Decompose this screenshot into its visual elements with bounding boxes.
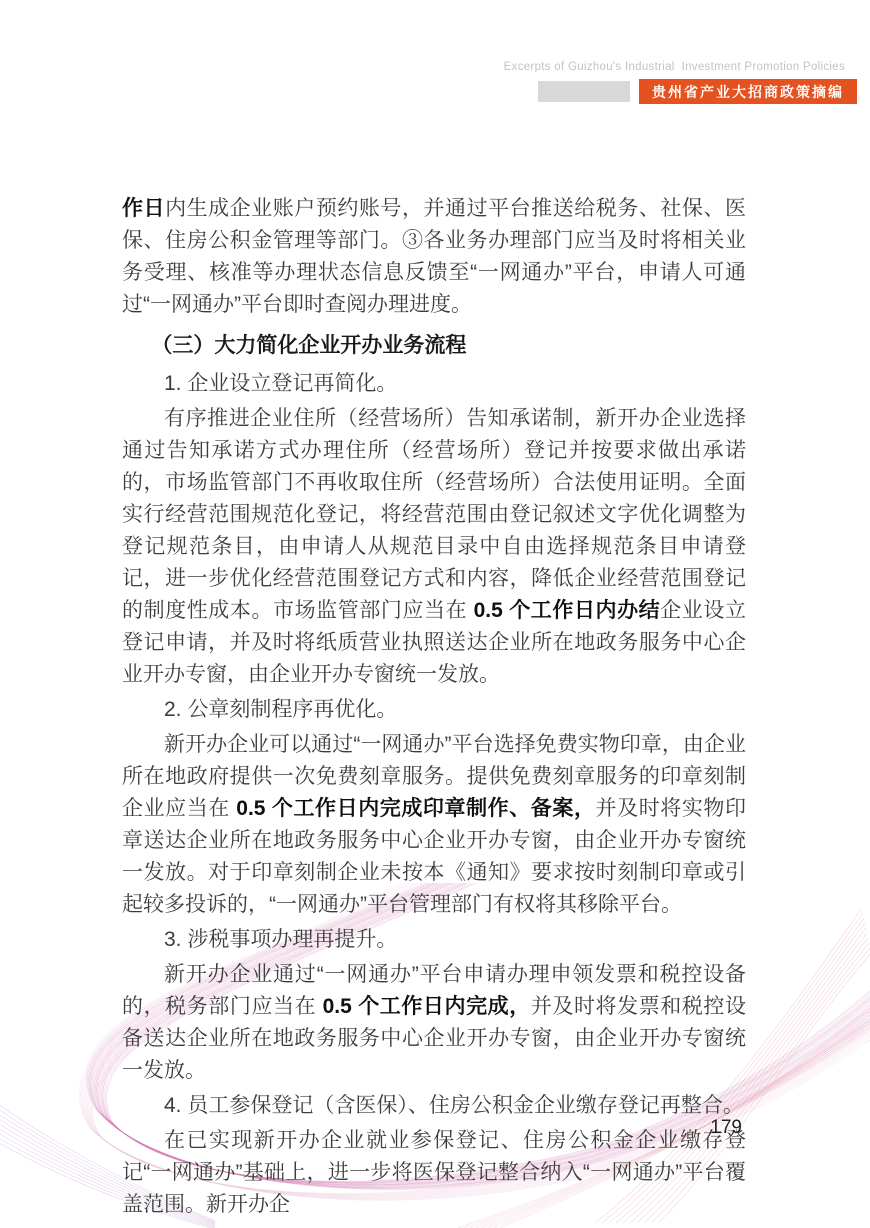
- section-heading: （三）大力简化企业开办业务流程: [122, 330, 746, 362]
- header-english-title: Excerpts of Guizhou's Industrial Investm…: [504, 61, 845, 73]
- paragraph: 1. 企业设立登记再简化。: [122, 368, 746, 400]
- paragraph: 新开办企业可以通过“一网通办”平台选择免费实物印章，由企业所在地政府提供一次免费…: [122, 729, 746, 921]
- paragraph: 在已实现新开办企业就业参保登记、住房公积金企业缴存登记“一网通办”基础上，进一步…: [122, 1125, 746, 1221]
- header-gray-block: [538, 81, 630, 102]
- page: Excerpts of Guizhou's Industrial Investm…: [0, 0, 870, 1228]
- header-chinese-title-banner: 贵州省产业大招商政策摘编: [639, 79, 857, 104]
- document-content: 作日内生成企业账户预约账号，并通过平台推送给税务、社保、医保、住房公积金管理等部…: [122, 193, 746, 1224]
- paragraph: 2. 公章刻制程序再优化。: [122, 694, 746, 726]
- paragraph: 3. 涉税事项办理再提升。: [122, 924, 746, 956]
- paragraph: 有序推进企业住所（经营场所）告知承诺制，新开办企业选择通过告知承诺方式办理住所（…: [122, 403, 746, 691]
- paragraph: 新开办企业通过“一网通办”平台申请办理申领发票和税控设备的，税务部门应当在 0.…: [122, 959, 746, 1087]
- page-number: 179: [710, 1117, 742, 1139]
- paragraph: 作日内生成企业账户预约账号，并通过平台推送给税务、社保、医保、住房公积金管理等部…: [122, 193, 746, 321]
- paragraph: 4. 员工参保登记（含医保）、住房公积金企业缴存登记再整合。: [122, 1090, 746, 1122]
- header-chinese-title: 贵州省产业大招商政策摘编: [652, 82, 844, 102]
